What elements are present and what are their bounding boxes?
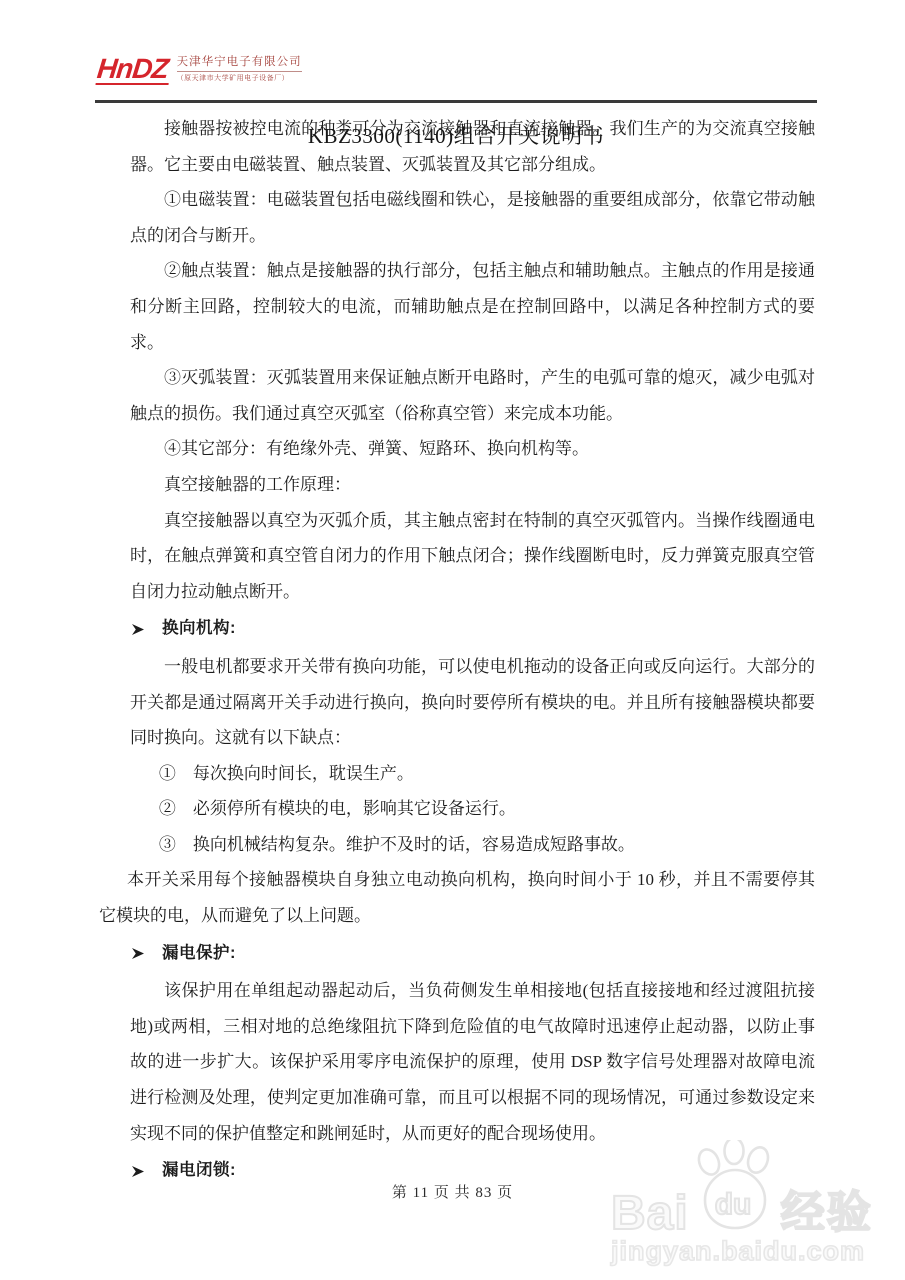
list-item: ② 必须停所有模块的电，影响其它设备运行。 xyxy=(130,791,815,827)
document-body: 接触器按被控电流的种类可分为交流接触器和直流接触器。我们生产的为交流真空接触器。… xyxy=(130,111,815,1191)
body-paragraph: 本开关采用每个接触器模块自身独立电动换向机构，换向时间小于 10 秒，并且不需要… xyxy=(99,862,815,933)
section-heading-label: 换向机构: xyxy=(162,611,236,647)
company-name-block: 天津华宁电子有限公司 （原天津市大学矿用电子设备厂） xyxy=(177,56,302,83)
body-paragraph: 接触器按被控电流的种类可分为交流接触器和直流接触器。我们生产的为交流真空接触器。… xyxy=(130,111,815,182)
list-item: ③ 换向机械结构复杂。维护不及时的话，容易造成短路事故。 xyxy=(130,827,815,863)
watermark-brand-row: Bai du 经验 xyxy=(611,1140,879,1236)
section-heading: 漏电保护: xyxy=(130,936,815,972)
body-paragraph: 一般电机都要求开关带有换向功能，可以使电机拖动的设备正向或反向运行。大部分的开关… xyxy=(130,649,815,756)
hndz-logo-mark: HnDZ xyxy=(95,56,171,85)
body-paragraph: ③灭弧装置：灭弧装置用来保证触点断开电路时，产生的电弧可靠的熄灭，减少电弧对触点… xyxy=(130,360,815,431)
watermark-jingyan-text: 经验 xyxy=(781,1190,873,1236)
body-paragraph: ②触点装置：触点是接触器的执行部分，包括主触点和辅助触点。主触点的作用是接通和分… xyxy=(130,253,815,360)
list-item: ① 每次换向时间长，耽误生产。 xyxy=(130,756,815,792)
baidu-jingyan-watermark: Bai du 经验 jingyan.baidu.com xyxy=(611,1140,879,1266)
company-name: 天津华宁电子有限公司 xyxy=(177,56,302,72)
arrow-bullet-icon xyxy=(131,1165,145,1178)
watermark-du-text: du xyxy=(715,1190,752,1220)
body-paragraph: 真空接触器以真空为灭弧介质，其主触点密封在特制的真空灭弧管内。当操作线圈通电时，… xyxy=(130,503,815,610)
body-paragraph: ④其它部分：有绝缘外壳、弹簧、短路环、换向机构等。 xyxy=(130,431,815,467)
section-heading: 换向机构: xyxy=(130,611,815,647)
manual-page: HnDZ 天津华宁电子有限公司 （原天津市大学矿用电子设备厂） KBZ3300(… xyxy=(0,0,905,1280)
arrow-bullet-icon xyxy=(131,623,145,636)
arrow-bullet-icon xyxy=(131,947,145,960)
company-subtitle: （原天津市大学矿用电子设备厂） xyxy=(177,73,302,83)
body-paragraph: ①电磁装置：电磁装置包括电磁线圈和铁心，是接触器的重要组成部分，依靠它带动触点的… xyxy=(130,182,815,253)
body-paragraph: 真空接触器的工作原理： xyxy=(130,467,815,503)
baidu-paw-icon: du xyxy=(689,1140,781,1236)
watermark-bai-text: Bai xyxy=(611,1192,689,1236)
watermark-url: jingyan.baidu.com xyxy=(611,1236,879,1266)
body-paragraph: 该保护用在单组起动器起动后，当负荷侧发生单相接地(包括直接接地和经过渡阻抗接地)… xyxy=(130,973,815,1151)
page-header: HnDZ 天津华宁电子有限公司 （原天津市大学矿用电子设备厂） KBZ3300(… xyxy=(95,54,817,101)
company-logo: HnDZ 天津华宁电子有限公司 （原天津市大学矿用电子设备厂） xyxy=(97,56,302,85)
header-divider xyxy=(95,100,817,103)
section-heading-label: 漏电保护: xyxy=(162,936,236,972)
